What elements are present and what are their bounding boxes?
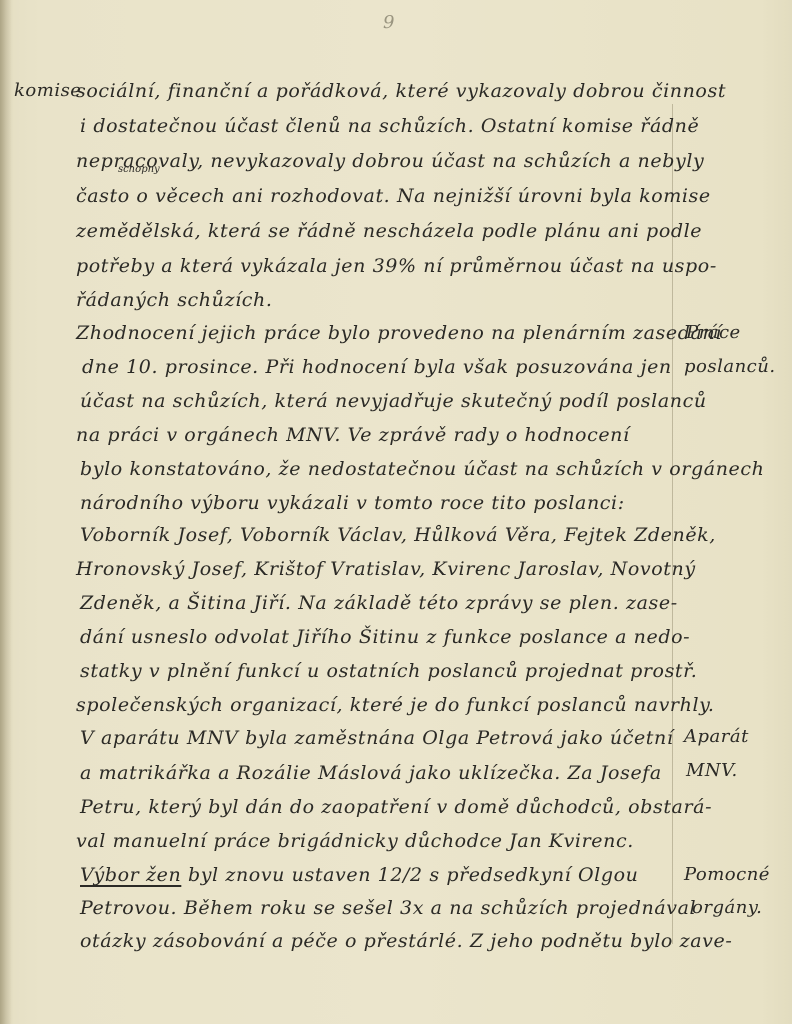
text-line-16: Zdeněk, a Šitina Jiří. Na základě této z… [80, 592, 678, 614]
text-line-22: Petru, který byl dán do zaopatření v dom… [80, 796, 712, 818]
text-line-13: národního výboru vykázali v tomto roce t… [80, 492, 625, 514]
page-number: 9 [383, 12, 394, 33]
binding-shadow [0, 0, 12, 1024]
right-margin-pomocne-line-2: orgány. [692, 897, 762, 918]
text-line-10: účast na schůzích, která nevyjadřuje sku… [80, 390, 707, 412]
right-margin-aparat-line-2: MNV. [686, 760, 738, 781]
text-line-5: zemědělská, která se řádně nescházela po… [76, 220, 702, 242]
text-line-19: společenských organizací, které je do fu… [76, 694, 715, 716]
text-line-24: Výbor žen byl znovu ustaven 12/2 s předs… [80, 864, 638, 886]
text-line-11: na práci v orgánech MNV. Ve zprávě rady … [76, 424, 630, 446]
manuscript-page: 9 komise schopny sociální, finanční a po… [0, 0, 792, 1024]
text-line-25: Petrovou. Během roku se sešel 3x a na sc… [80, 897, 696, 919]
text-line-24-rest: byl znovu ustaven 12/2 s předsedkyní Olg… [181, 864, 638, 886]
text-line-23: val manuelní práce brigádnicky důchodce … [76, 830, 634, 852]
text-line-1: sociální, finanční a pořádková, které vy… [76, 80, 726, 102]
text-line-20: V aparátu MNV byla zaměstnána Olga Petro… [80, 727, 674, 749]
text-line-2: i dostatečnou účast členů na schůzích. O… [80, 115, 699, 137]
left-margin-note-komise: komise [14, 80, 81, 101]
text-line-17: dání usneslo odvolat Jiřího Šitinu z fun… [80, 626, 690, 648]
right-margin-aparat-line-1: Aparát [684, 726, 749, 747]
text-line-4: často o věcech ani rozhodovat. Na nejniž… [76, 185, 711, 207]
text-line-3: nepracovaly, nevykazovaly dobrou účast n… [76, 150, 704, 172]
text-line-9: dne 10. prosince. Při hodnocení byla vša… [82, 356, 672, 378]
right-margin-prace-line-1: Práce [686, 322, 741, 343]
text-line-14: Voborník Josef, Voborník Václav, Hůlková… [80, 524, 716, 546]
right-margin-pomocne-line-1: Pomocné [684, 864, 770, 885]
right-margin-prace-line-2: poslanců. [684, 356, 776, 377]
text-line-7: řádaných schůzích. [76, 289, 272, 311]
underlined-heading-vybor-zen: Výbor žen [80, 864, 181, 886]
text-line-6: potřeby a která vykázala jen 39% ní prům… [76, 255, 717, 277]
text-line-21: a matrikářka a Rozálie Máslová jako uklí… [80, 762, 662, 784]
text-line-18: statky v plnění funkcí u ostatních posla… [80, 660, 697, 682]
text-line-26: otázky zásobování a péče o přestárlé. Z … [80, 930, 732, 952]
text-line-15: Hronovský Josef, Krištof Vratislav, Kvir… [76, 558, 696, 580]
text-line-12: bylo konstatováno, že nedostatečnou účas… [80, 458, 764, 480]
text-line-8: Zhodnocení jejich práce bylo provedeno n… [76, 322, 722, 344]
